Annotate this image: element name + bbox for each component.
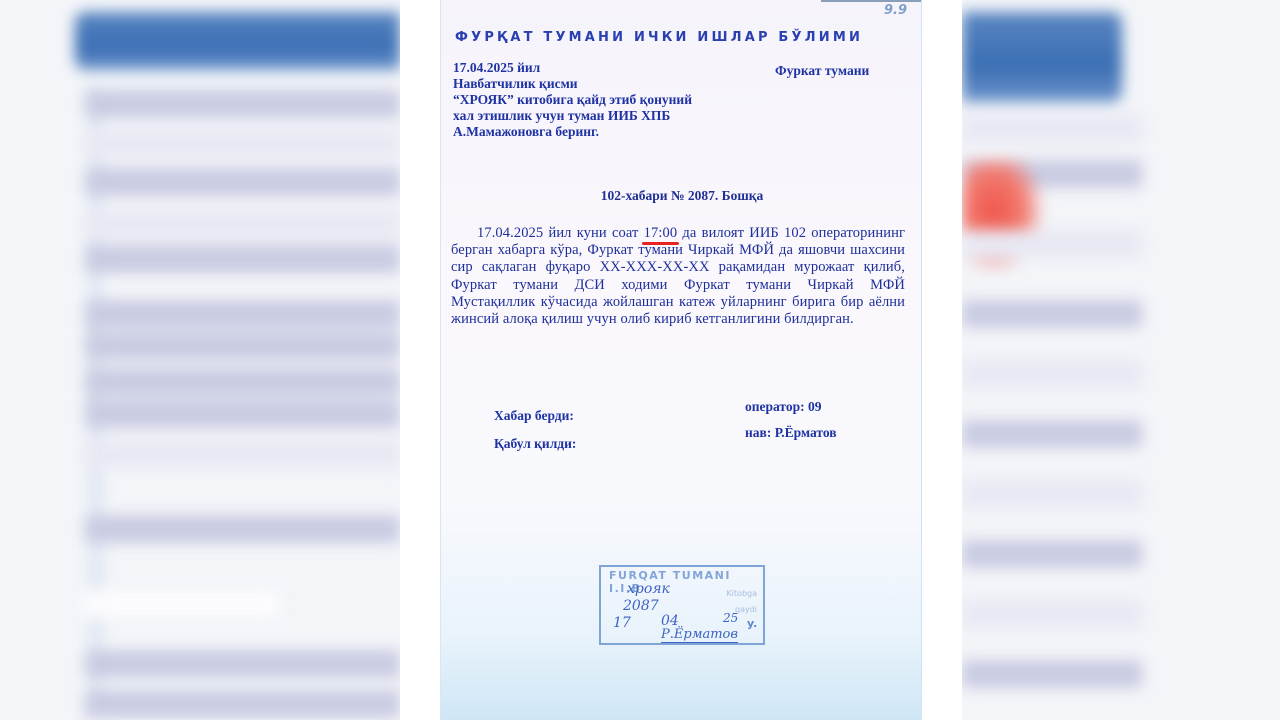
signature-labels: Хабар берди: Қабул қилди: — [494, 402, 576, 458]
signature-values: оператор: 09 нав: Р.Ёрматов — [745, 394, 837, 446]
resolution-line: 17.04.2025 йил — [453, 60, 723, 76]
stamp-entry-number: 2087 — [623, 598, 659, 614]
scan-edge — [821, 0, 921, 2]
body-line: Мустақиллик кўчасида жойлашган катеж уйл… — [451, 294, 905, 311]
body-text-fragment: 17.04.2025 йил куни соат — [477, 225, 644, 241]
stamp-day: 17 — [613, 615, 631, 631]
resolution-line: “ХРОЯК” китобига қайд этиб қонуний — [453, 92, 723, 108]
stamp-signature: Р.Ёрматов — [661, 627, 738, 643]
body-line: сир сақлаган фуқаро XX-XXX-XX-XX рақамид… — [451, 259, 905, 276]
registration-stamp: FURQAT TUMANI I.I.B Kitobga qaydi хрояк … — [599, 565, 765, 645]
duty-officer-value: нав: Р.Ёрматов — [745, 420, 837, 446]
highlighted-time: 17:00 — [644, 225, 678, 241]
resolution-line: А.Мамажоновга беринг. — [453, 124, 723, 140]
organization-title: ФУРҚАТ ТУМАНИ ИЧКИ ИШЛАР БЎЛИМИ — [455, 30, 895, 45]
body-text-fragment: да вилоят ИИБ 102 операторининг — [677, 225, 905, 241]
stamp-year: 25 — [723, 611, 738, 625]
blurred-background-right — [962, 0, 1142, 720]
received-by-label: Қабул қилди: — [494, 430, 576, 458]
body-line: Фуркат тумани ДСИ ходими Фуркат тумани Ч… — [451, 277, 905, 294]
body-line: жинсий алоқа қилиш учун олиб кириб кетга… — [451, 311, 905, 328]
scanned-document: 9.9 ФУРҚАТ ТУМАНИ ИЧКИ ИШЛАР БЎЛИМИ 17.0… — [440, 0, 922, 720]
stamp-year-suffix: y. — [747, 617, 757, 630]
resolution-block: 17.04.2025 йил Навбатчилик қисми “ХРОЯК”… — [453, 60, 723, 140]
report-heading: 102-хабари № 2087. Бошқа — [441, 188, 922, 204]
blurred-background-left — [55, 0, 400, 720]
resolution-line: хал этишлик учун туман ИИБ ХПБ — [453, 108, 723, 124]
stamp-book-name: хрояк — [627, 581, 670, 597]
operator-value: оператор: 09 — [745, 394, 837, 420]
page-number: 9.9 — [884, 3, 907, 18]
report-body: 17.04.2025 йил куни соат 17:00 да вилоят… — [451, 225, 905, 328]
district-name: Фуркат тумани — [775, 63, 869, 79]
resolution-line: Навбатчилик қисми — [453, 76, 723, 92]
body-line: 17.04.2025 йил куни соат 17:00 да вилоят… — [451, 225, 905, 242]
reported-by-label: Хабар берди: — [494, 402, 576, 430]
